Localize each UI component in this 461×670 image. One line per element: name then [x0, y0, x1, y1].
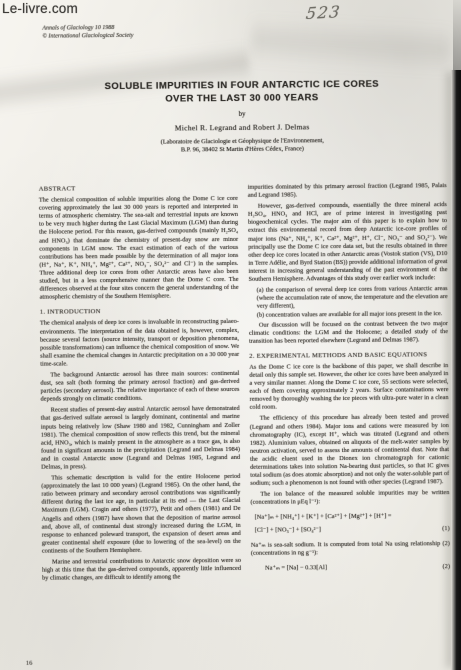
- abstract-heading: ABSTRACT: [39, 184, 238, 194]
- authors: Michel R. Legrand and Robert J. Delmas: [38, 121, 446, 134]
- introduction-heading: 1. INTRODUCTION: [40, 307, 239, 317]
- right-column: impurities dominated by this primary aer…: [248, 182, 450, 584]
- equation-2-number: (2): [437, 563, 451, 571]
- book-edge-shadow: [451, 70, 461, 670]
- printed-page-content: Annals of Glaciology 10 1988 © Internati…: [0, 0, 461, 670]
- list-item-b: (b) concentration values are available f…: [249, 311, 448, 321]
- paragraph: Our discussion will be focused on the co…: [249, 320, 448, 346]
- book-edge-shadow-top: [453, 0, 461, 70]
- paragraph: Recent studies of present-day austral An…: [41, 405, 241, 471]
- society-line: © International Glaciological Society: [42, 32, 133, 41]
- article-title-line2: OVER THE LAST 30 000 YEARS: [38, 90, 446, 107]
- paragraph: As the Dome C ice core is the backbone o…: [249, 362, 448, 412]
- equation-1-number: (1): [436, 525, 450, 533]
- left-column: ABSTRACT The chemical composition of sol…: [39, 184, 241, 586]
- paragraph: Marine and terrestrial contributions to …: [42, 557, 241, 583]
- paragraph: The chemical analysis of deep ice cores …: [40, 318, 239, 368]
- two-column-text: ABSTRACT The chemical composition of sol…: [39, 182, 450, 586]
- paragraph: Na⁺ₘ is sea-salt sodium. It is computed …: [251, 540, 450, 558]
- paragraph: This schematic description is valid for …: [41, 473, 241, 556]
- handwritten-page-number: 523: [305, 2, 342, 23]
- journal-header: Annals of Glaciology 10 1988 © Internati…: [42, 24, 133, 41]
- paragraph: The ion balance of the measured soluble …: [250, 489, 449, 507]
- paragraph: However, gas-derived compounds, essentia…: [248, 201, 448, 284]
- title-block: SOLUBLE IMPURITIES IN FOUR ANTARCTIC ICE…: [38, 77, 447, 156]
- watermark: Le-livre.com: [2, 1, 78, 16]
- equation-1-line1: [Na⁺]ₘ + [NH₄⁺] + [K⁺] + [Ca²⁺] + [Mg²⁺]…: [255, 513, 450, 523]
- equation-2: Na⁺ₘ = [Na] − 0.33[Al] (2): [265, 563, 450, 573]
- page-number: 16: [26, 660, 33, 667]
- paragraph: The background Antarctic aerosol has thr…: [40, 370, 239, 404]
- equation-1-line2: [Cl⁻] + [NO₃⁻] + [SO₄²⁻]: [255, 526, 321, 535]
- equation-2-text: Na⁺ₘ = [Na] − 0.33[Al]: [265, 564, 327, 573]
- equation-1: [Na⁺]ₘ + [NH₄⁺] + [K⁺] + [Ca²⁺] + [Mg²⁺]…: [255, 513, 450, 535]
- paragraph-continuation: impurities dominated by this primary aer…: [248, 182, 447, 200]
- byline: by: [38, 108, 446, 120]
- methods-heading: 2. EXPERIMENTAL METHODS AND BASIC EQUATI…: [249, 351, 448, 361]
- paragraph: The efficiency of this procedure has alr…: [250, 414, 450, 489]
- abstract-text: The chemical composition of soluble impu…: [39, 195, 239, 302]
- list-item-a: (a) the comparison of several deep ice c…: [249, 285, 448, 311]
